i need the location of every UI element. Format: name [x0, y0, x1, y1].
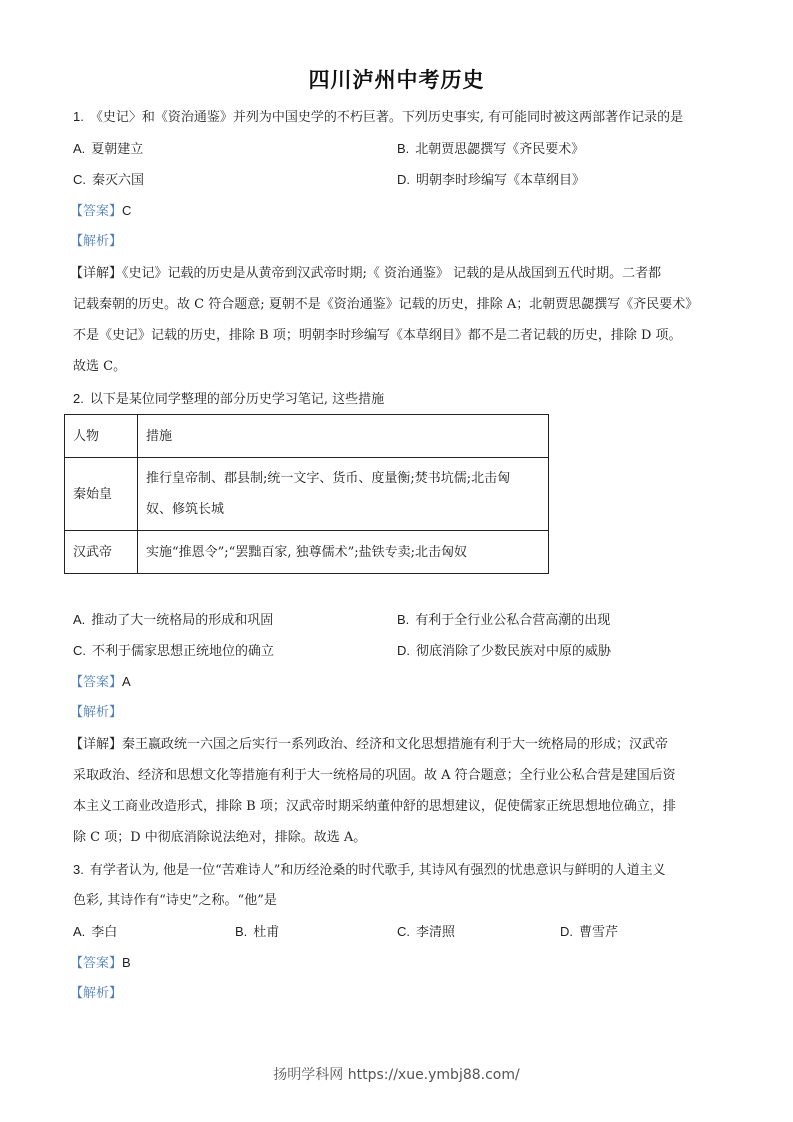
- q2-option-b: B.有利于全行业公私合营高潮的出现: [397, 611, 610, 630]
- table-cell-person: 秦始皇: [65, 458, 138, 531]
- option-text: 李清照: [416, 925, 455, 940]
- table-header-row: 人物 措施: [65, 415, 549, 458]
- table-header-cell: 措施: [138, 415, 549, 458]
- option-text: 夏朝建立: [91, 142, 143, 157]
- q2-answer: 【答案】A: [70, 673, 131, 692]
- q3-option-b: B.杜甫: [235, 923, 279, 942]
- question-number: 3.: [73, 862, 84, 877]
- option-text: 曹雪芹: [579, 925, 618, 940]
- option-letter: C.: [73, 643, 86, 658]
- q1-option-b: B.北朝贾思勰撰写《齐民要术》: [397, 140, 584, 159]
- table-cell-measures: 推行皇帝制、郡县制;统一文字、货币、度量衡;焚书坑儒;北击匈 奴、修筑长城: [138, 458, 549, 531]
- question-1-stem: 1.《史记〉和《资治通鉴》并列为中国史学的不朽巨著。下列历史事实, 有可能同时被…: [73, 108, 683, 127]
- detail-label: 【详解】: [70, 737, 122, 752]
- option-text: 杜甫: [253, 925, 279, 940]
- answer-label: 【答案】: [70, 956, 122, 971]
- notes-table: 人物 措施 秦始皇 推行皇帝制、郡县制;统一文字、货币、度量衡;焚书坑儒;北击匈…: [64, 414, 549, 574]
- q1-analysis-label: 【解析】: [70, 233, 122, 251]
- answer-label: 【答案】: [70, 675, 122, 690]
- page-title: 四川泸州中考历史: [0, 64, 793, 94]
- option-letter: A.: [73, 924, 85, 939]
- detail-label: 【详解】: [70, 266, 122, 281]
- q2-detail-line-3: 本主义工商业改造形式，排除 B 项；汉武帝时期采纳董仲舒的思想建议，促使儒家正统…: [73, 798, 676, 816]
- q1-option-a: A.夏朝建立: [73, 140, 143, 159]
- question-number: 1.: [73, 109, 84, 124]
- table-header-cell: 人物: [65, 415, 138, 458]
- table-cell-person: 汉武帝: [65, 531, 138, 574]
- option-letter: A.: [73, 612, 85, 627]
- q2-detail-line-4: 除 C 项；D 中彻底消除说法绝对，排除。故选 A。: [73, 829, 366, 847]
- option-letter: C.: [73, 172, 86, 187]
- table-row: 秦始皇 推行皇帝制、郡县制;统一文字、货币、度量衡;焚书坑儒;北击匈 奴、修筑长…: [65, 458, 549, 531]
- measures-line: 推行皇帝制、郡县制;统一文字、货币、度量衡;焚书坑儒;北击匈: [146, 463, 540, 494]
- q1-answer: 【答案】C: [70, 202, 131, 221]
- q2-detail-line-1: 【详解】秦王嬴政统一六国之后实行一系列政治、经济和文化思想措施有利于大一统格局的…: [70, 736, 668, 754]
- option-letter: B.: [397, 141, 409, 156]
- answer-value: C: [122, 203, 131, 218]
- q3-option-d: D.曹雪芹: [560, 923, 618, 942]
- answer-value: A: [122, 674, 131, 689]
- stem-text: 有学者认为, 他是一位“苦难诗人”和历经沧桑的时代歌手, 其诗风有强烈的忧患意识…: [90, 863, 666, 878]
- option-text: 有利于全行业公私合营高潮的出现: [415, 613, 610, 628]
- q3-option-a: A.李白: [73, 923, 117, 942]
- q2-detail-line-2: 采取政治、经济和思想文化等措施有利于大一统格局的巩固。故 A 符合题意；全行业公…: [73, 767, 676, 785]
- footer-watermark: 扬明学科网 https://xue.ymbj88.com/: [0, 1064, 793, 1084]
- detail-text: 《史记》记载的历史是从黄帝到汉武帝时期;《 资治通鉴》 记载的是从战国到五代时期…: [122, 266, 661, 281]
- analysis-label: 【解析】: [70, 705, 122, 720]
- question-2-stem: 2.以下是某位同学整理的部分历史学习笔记, 这些措施: [73, 390, 384, 409]
- document-page: 四川泸州中考历史 1.《史记〉和《资治通鉴》并列为中国史学的不朽巨著。下列历史事…: [0, 0, 793, 1122]
- q1-detail-line-1: 【详解】《史记》记载的历史是从黄帝到汉武帝时期;《 资治通鉴》 记载的是从战国到…: [70, 265, 661, 283]
- q2-option-c: C.不利于儒家思想正统地位的确立: [73, 642, 274, 661]
- q1-option-c: C.秦灭六国: [73, 171, 144, 190]
- option-letter: A.: [73, 141, 85, 156]
- analysis-label: 【解析】: [70, 986, 122, 1001]
- detail-text: 秦王嬴政统一六国之后实行一系列政治、经济和文化思想措施有利于大一统格局的形成；汉…: [122, 737, 668, 752]
- option-letter: D.: [397, 172, 410, 187]
- answer-value: B: [122, 955, 131, 970]
- measures-line: 奴、修筑长城: [146, 494, 540, 525]
- option-letter: B.: [235, 924, 247, 939]
- option-text: 推动了大一统格局的形成和巩固: [91, 613, 273, 628]
- q2-analysis-label: 【解析】: [70, 704, 122, 722]
- q3-analysis-label: 【解析】: [70, 985, 122, 1003]
- q3-option-c: C.李清照: [397, 923, 455, 942]
- option-text: 李白: [91, 925, 117, 940]
- option-text: 不利于儒家思想正统地位的确立: [92, 644, 274, 659]
- table-cell-measures: 实施“推恩令”;“罢黜百家, 独尊儒术”;盐铁专卖;北击匈奴: [138, 531, 549, 574]
- q1-option-d: D.明朝李时珍编写《本草纲目》: [397, 171, 585, 190]
- q2-option-d: D.彻底消除了少数民族对中原的威胁: [397, 642, 611, 661]
- q1-detail-line-4: 故选 C。: [73, 358, 126, 376]
- option-letter: B.: [397, 612, 409, 627]
- question-number: 2.: [73, 391, 84, 406]
- option-text: 秦灭六国: [92, 173, 144, 188]
- analysis-label: 【解析】: [70, 234, 122, 249]
- option-text: 北朝贾思勰撰写《齐民要术》: [415, 142, 584, 157]
- option-letter: C.: [397, 924, 410, 939]
- option-text: 彻底消除了少数民族对中原的威胁: [416, 644, 611, 659]
- question-3-stem-line-1: 3.有学者认为, 他是一位“苦难诗人”和历经沧桑的时代歌手, 其诗风有强烈的忧患…: [73, 861, 666, 880]
- option-letter: D.: [397, 643, 410, 658]
- q2-option-a: A.推动了大一统格局的形成和巩固: [73, 611, 273, 630]
- q1-detail-line-3: 不是《史记》记载的历史，排除 B 项；明朝李时珍编写《本草纲目》都不是二者记载的…: [73, 327, 682, 345]
- q1-detail-line-2: 记载秦朝的历史。故 C 符合题意; 夏朝不是《资治通鉴》记载的历史，排除 A；北…: [73, 296, 698, 314]
- stem-text: 以下是某位同学整理的部分历史学习笔记, 这些措施: [90, 392, 384, 407]
- table-row: 汉武帝 实施“推恩令”;“罢黜百家, 独尊儒术”;盐铁专卖;北击匈奴: [65, 531, 549, 574]
- option-text: 明朝李时珍编写《本草纲目》: [416, 173, 585, 188]
- stem-text: 《史记〉和《资治通鉴》并列为中国史学的不朽巨著。下列历史事实, 有可能同时被这两…: [90, 110, 683, 125]
- q3-answer: 【答案】B: [70, 954, 131, 973]
- option-letter: D.: [560, 924, 573, 939]
- question-3-stem-line-2: 色彩, 其诗作有“诗史”之称。“他”是: [73, 892, 277, 910]
- answer-label: 【答案】: [70, 204, 122, 219]
